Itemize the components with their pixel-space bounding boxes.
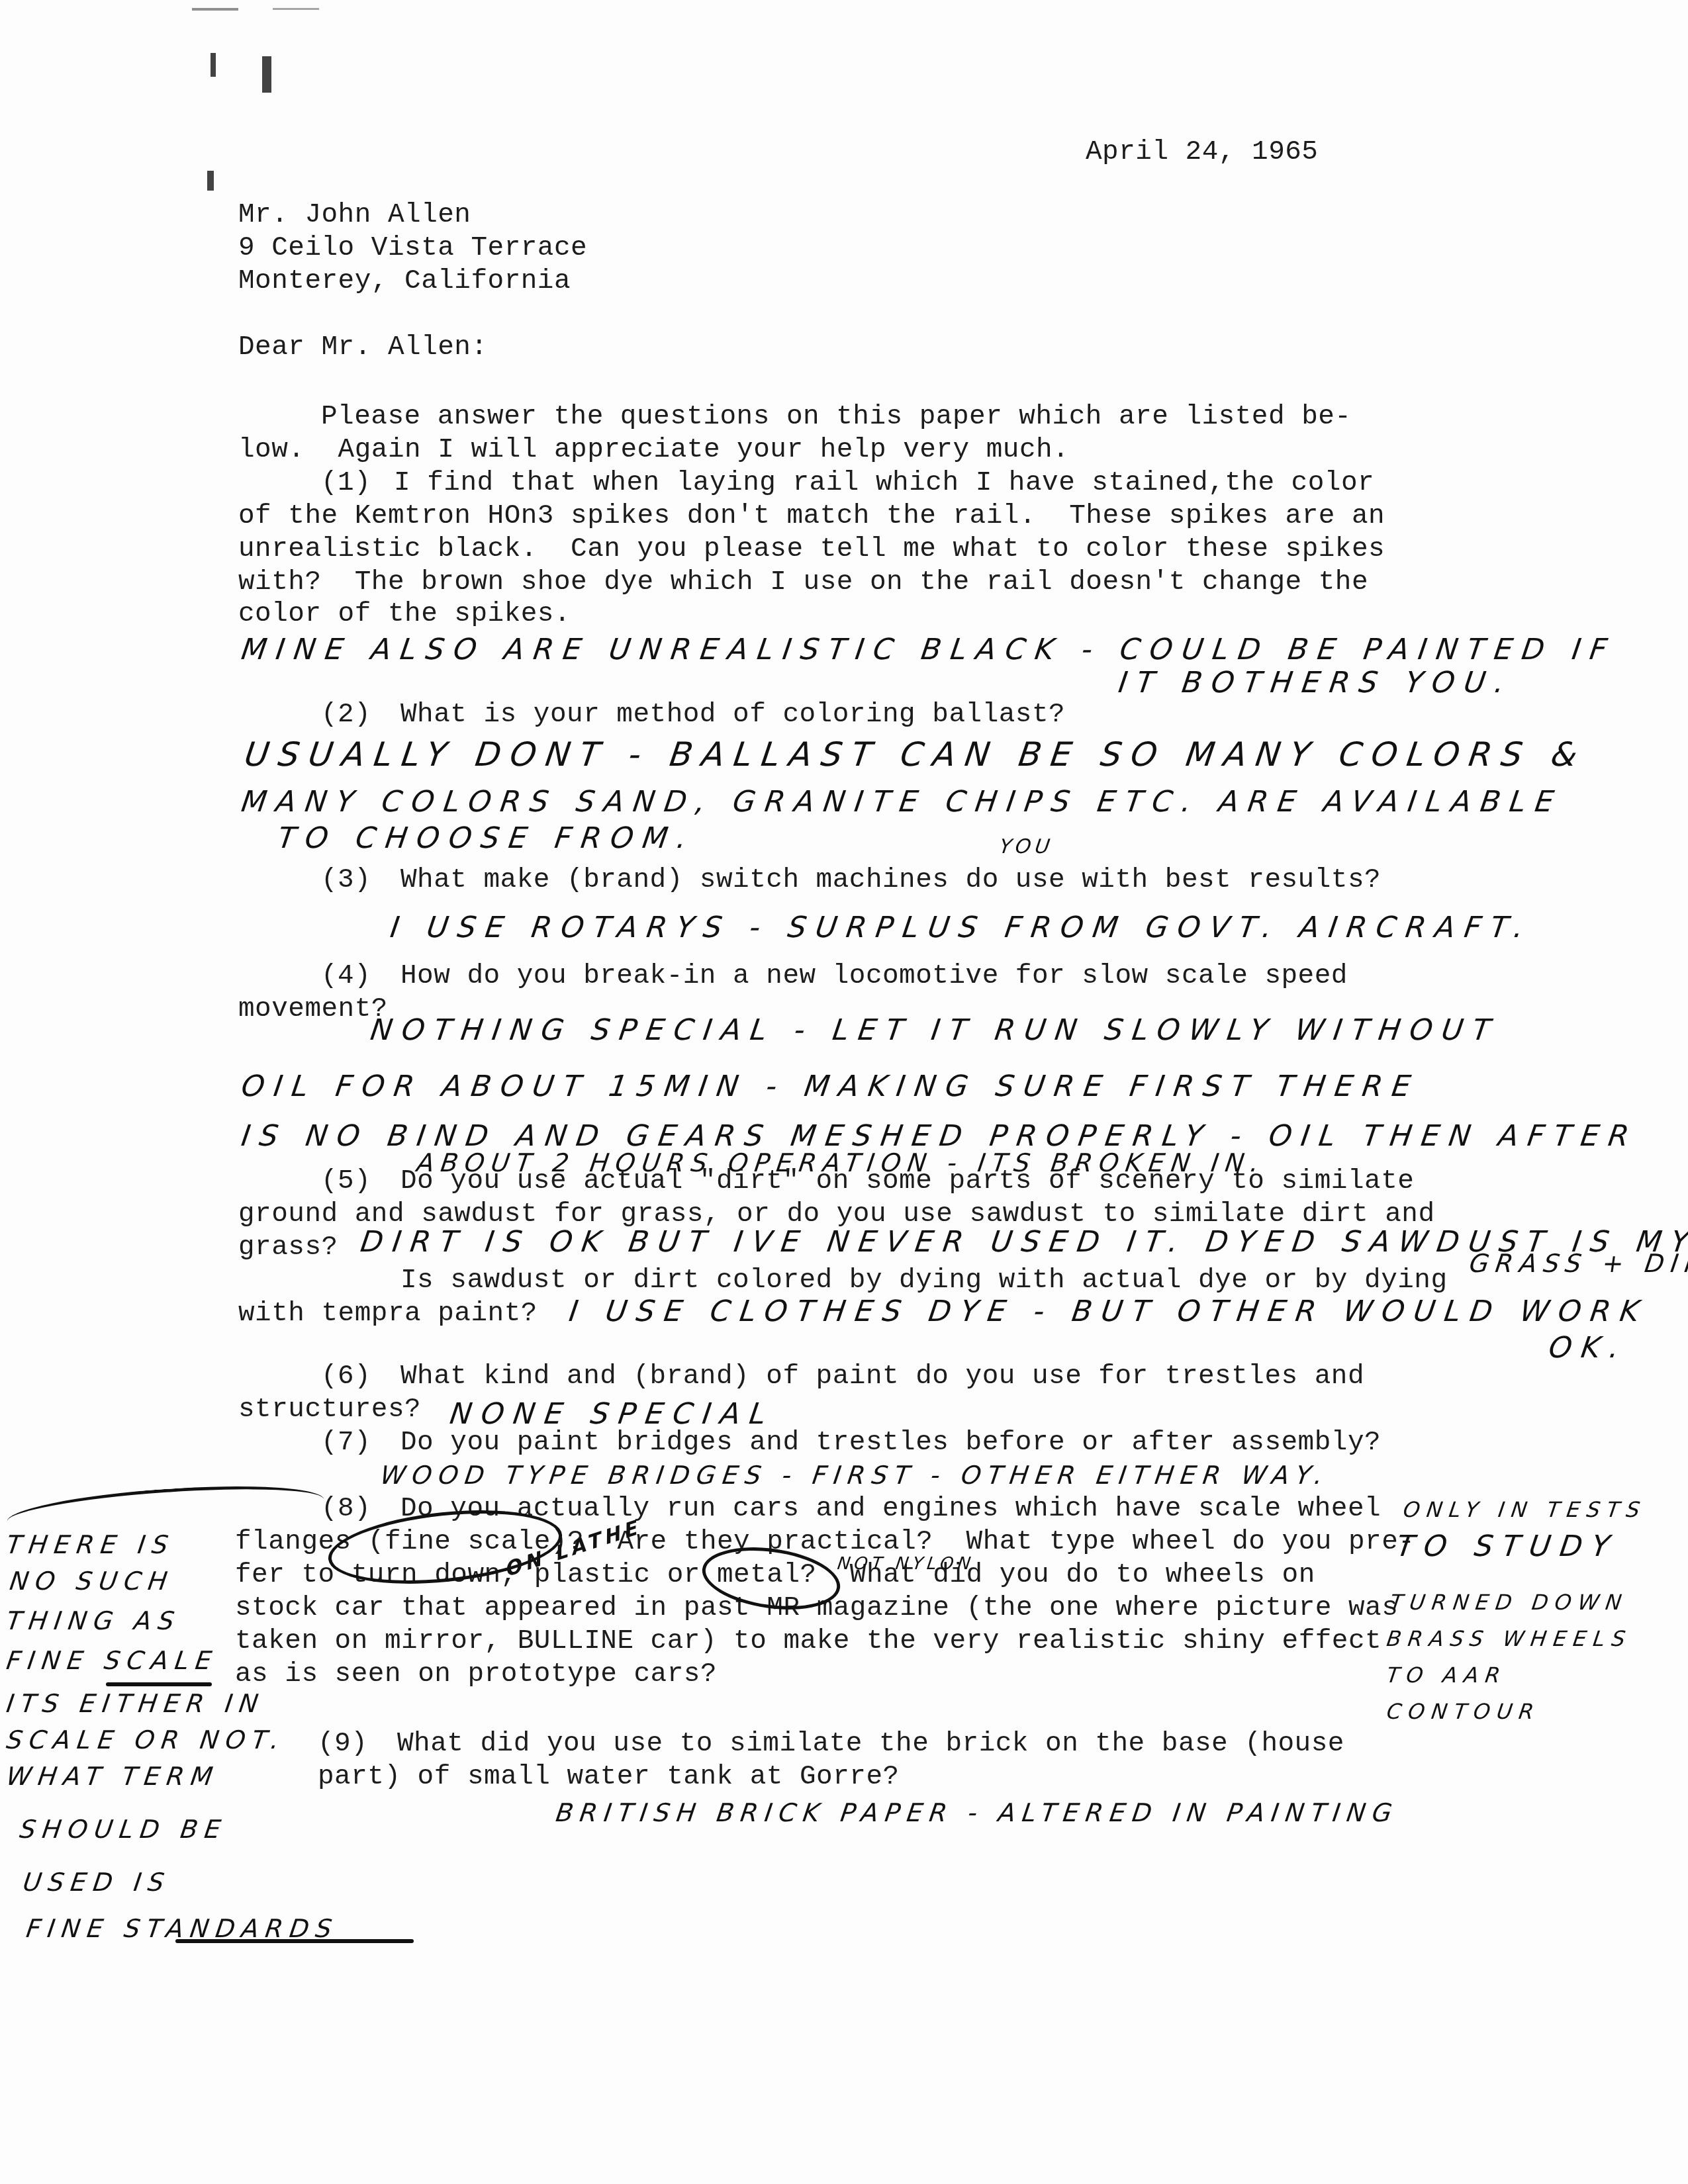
handwritten-answer: ONLY IN TESTS xyxy=(1402,1499,1648,1520)
question-number: (9) xyxy=(318,1731,367,1758)
letter-date: April 24, 1965 xyxy=(1086,139,1318,166)
margin-note-line: THING AS xyxy=(5,1608,182,1633)
intro-line: low. Again I will appreciate your help v… xyxy=(238,437,1069,464)
handwritten-answer: BRITISH BRICK PAPER - ALTERED IN PAINTIN… xyxy=(554,1800,1400,1825)
question-line: Do you use actual "dirt" on some parts o… xyxy=(400,1168,1414,1195)
recipient-city: Monterey, California xyxy=(238,268,571,295)
handwritten-answer: NONE SPECIAL xyxy=(448,1400,777,1429)
question-line: I find that when laying rail which I hav… xyxy=(394,470,1374,497)
question-line: ground and sawdust for grass, or do you … xyxy=(238,1201,1435,1228)
question-number: (1) xyxy=(321,470,371,497)
scan-mark xyxy=(207,171,214,191)
handwritten-answer: IT BOTHERS YOU. xyxy=(1117,668,1515,698)
question-number: (6) xyxy=(321,1363,371,1390)
handwritten-answer: I USE CLOTHES DYE - BUT OTHER WOULD WORK xyxy=(567,1297,1650,1326)
question-line: What kind and (brand) of paint do you us… xyxy=(400,1363,1364,1390)
handwritten-answer: BRASS WHEELS xyxy=(1385,1628,1634,1649)
margin-note-line: NO SUCH xyxy=(8,1569,175,1594)
handwritten-answer: TO CHOOSE FROM. xyxy=(276,824,698,853)
handwritten-answer: WOOD TYPE BRIDGES - FIRST - OTHER EITHER… xyxy=(379,1463,1331,1488)
question-line: taken on mirror, BULLINE car) to make th… xyxy=(235,1628,1382,1655)
handwritten-answer: TURNED DOWN xyxy=(1389,1592,1630,1613)
question-line: unrealistic black. Can you please tell m… xyxy=(238,536,1385,563)
margin-note-line: SHOULD BE xyxy=(18,1817,228,1842)
question-line: How do you break-in a new locomotive for… xyxy=(400,963,1348,990)
handwritten-answer: IS NO BIND AND GEARS MESHED PROPERLY - O… xyxy=(240,1122,1640,1151)
handwritten-answer: OIL FOR ABOUT 15MIN - MAKING SURE FIRST … xyxy=(240,1072,1422,1101)
question-number: (8) xyxy=(321,1496,371,1523)
margin-note-line: FINE SCALE xyxy=(5,1648,220,1673)
question-line: structures? xyxy=(238,1396,421,1424)
scan-mark xyxy=(273,8,319,10)
question-line: grass? xyxy=(238,1234,338,1261)
question-number: (2) xyxy=(321,702,371,729)
question-line: Is sawdust or dirt colored by dying with… xyxy=(400,1267,1448,1295)
question-line: Do you actually run cars and engines whi… xyxy=(400,1496,1381,1523)
question-line: movement? xyxy=(238,996,388,1023)
margin-note-line: ITS EITHER IN xyxy=(5,1691,266,1716)
letter-page: April 24, 1965 Mr. John Allen 9 Ceilo Vi… xyxy=(0,0,1688,2184)
scan-mark xyxy=(211,53,216,77)
question-line: What did you use to similate the brick o… xyxy=(397,1731,1344,1758)
handwritten-answer: TO AAR xyxy=(1385,1664,1508,1686)
margin-note-line: USED IS xyxy=(21,1870,172,1895)
margin-note-line: FINE STANDARDS xyxy=(24,1916,340,1941)
margin-note-line: SCALE OR NOT. xyxy=(5,1727,287,1752)
question-line: with tempra paint? xyxy=(238,1300,538,1328)
handwritten-answer: TO STUDY xyxy=(1395,1532,1620,1561)
question-line: of the Kemtron HOn3 spikes don't match t… xyxy=(238,503,1385,530)
handwritten-answer: NOTHING SPECIAL - LET IT RUN SLOWLY WITH… xyxy=(369,1016,1501,1045)
handwritten-answer: I USE ROTARYS - SURPLUS FROM GOVT. AIRCR… xyxy=(389,913,1534,942)
salutation: Dear Mr. Allen: xyxy=(238,334,488,361)
handwritten-answer: OK. xyxy=(1547,1334,1630,1363)
question-line: color of the spikes. xyxy=(238,601,571,628)
question-line: with? The brown shoe dye which I use on … xyxy=(238,569,1368,596)
underline-standards xyxy=(175,1939,414,1943)
question-line: as is seen on prototype cars? xyxy=(235,1661,717,1688)
intro-line: Please answer the questions on this pape… xyxy=(321,404,1351,431)
question-line: part) of small water tank at Gorre? xyxy=(318,1764,900,1791)
question-line: What is your method of coloring ballast? xyxy=(400,702,1065,729)
handwritten-answer: GRASS + DIRT. xyxy=(1468,1251,1688,1276)
margin-note-line: WHAT TERM xyxy=(5,1764,220,1789)
handwritten-answer: USUALLY DONT - BALLAST CAN BE SO MANY CO… xyxy=(242,738,1588,771)
question-number: (7) xyxy=(321,1430,371,1457)
handwritten-answer: MANY COLORS SAND, GRANITE CHIPS ETC. ARE… xyxy=(240,788,1565,817)
question-number: (3) xyxy=(321,867,371,894)
handwritten-insert: NOT NYLON xyxy=(836,1555,976,1572)
scan-mark xyxy=(192,8,238,11)
scan-mark xyxy=(262,56,271,93)
question-line: What make (brand) switch machines do use… xyxy=(400,867,1381,894)
handwritten-answer: MINE ALSO ARE UNREALISTIC BLACK - COULD … xyxy=(240,635,1618,664)
recipient-name: Mr. John Allen xyxy=(238,202,471,229)
question-line: Do you paint bridges and trestles before… xyxy=(400,1430,1381,1457)
recipient-street: 9 Ceilo Vista Terrace xyxy=(238,235,587,262)
handwritten-answer: CONTOUR xyxy=(1385,1701,1542,1722)
question-number: (4) xyxy=(321,963,371,990)
handwritten-insert: YOU xyxy=(998,837,1055,857)
underline-scale xyxy=(106,1682,212,1686)
margin-note-line: THERE IS xyxy=(5,1532,176,1557)
question-number: (5) xyxy=(321,1168,371,1195)
